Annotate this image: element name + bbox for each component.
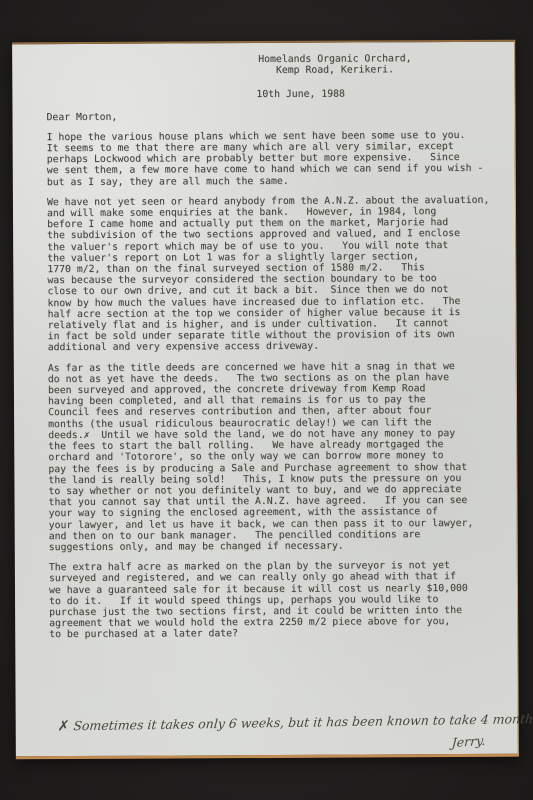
footnote-text: Sometimes it takes only 6 weeks, but it …: [73, 711, 533, 733]
salutation: Dear Morton,: [46, 109, 490, 123]
sender-address: Homelands Organic Orchard, Kemp Road, Ke…: [258, 53, 411, 76]
letter-date: 10th June, 1988: [256, 88, 490, 100]
letter-paragraph-3: As far as the title deeds are concerned …: [48, 360, 493, 553]
footnote-x-mark: ✗: [57, 718, 70, 734]
handwritten-signature: Jerry.: [451, 733, 486, 751]
letter-body: Homelands Organic Orchard, Kemp Road, Ke…: [12, 42, 517, 641]
letter-paragraph-2: We have not yet seen or heard anybody fr…: [47, 195, 492, 354]
letter-page: Homelands Organic Orchard, Kemp Road, Ke…: [12, 40, 519, 760]
handwritten-footnote: ✗Sometimes it takes only 6 weeks, but it…: [57, 711, 528, 734]
letter-paragraph-1: I hope the various house plans which we …: [47, 130, 491, 188]
letter-paragraph-4: The extra half acre as marked on the pla…: [49, 560, 493, 641]
photo-background: Homelands Organic Orchard, Kemp Road, Ke…: [0, 0, 533, 800]
